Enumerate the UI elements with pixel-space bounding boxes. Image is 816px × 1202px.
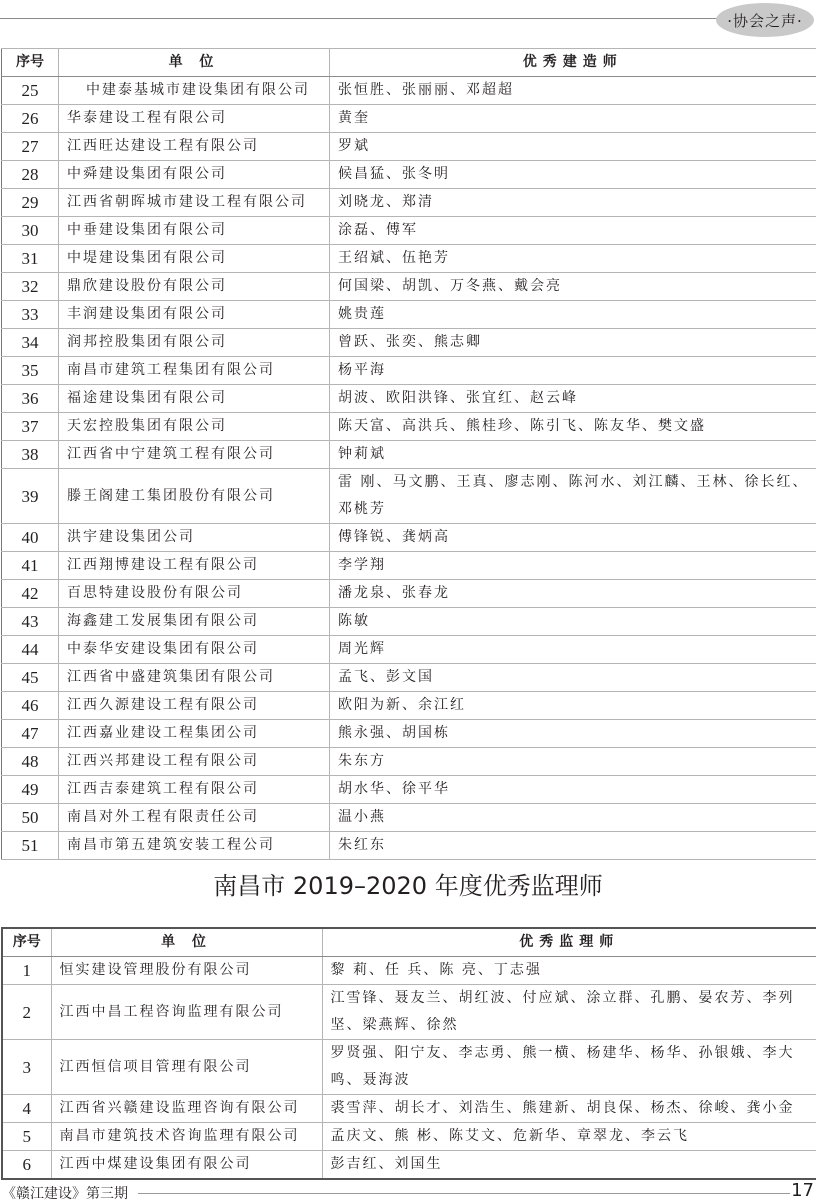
table-row: 41江西翔博建设工程有限公司李学翔 <box>2 552 816 580</box>
row-names: 涂磊、傅军 <box>330 217 816 245</box>
row-unit: 福途建设集团有限公司 <box>59 385 330 413</box>
row-unit: 江西翔博建设工程有限公司 <box>59 552 330 580</box>
row-no: 33 <box>2 301 59 329</box>
footer-rule <box>138 1193 790 1194</box>
table-row: 31中堤建设集团有限公司王绍斌、伍艳芳 <box>2 245 816 273</box>
row-no: 43 <box>2 608 59 636</box>
table-row: 4江西省兴赣建设监理咨询有限公司裘雪萍、胡长才、刘浩生、熊建新、胡良保、杨杰、徐… <box>2 1095 816 1123</box>
row-unit: 中堤建设集团有限公司 <box>59 245 330 273</box>
row-unit: 江西吉泰建筑工程有限公司 <box>59 776 330 804</box>
row-names: 刘晓龙、郑清 <box>330 189 816 217</box>
row-unit: 海鑫建工发展集团有限公司 <box>59 608 330 636</box>
row-no: 37 <box>2 413 59 441</box>
row-no: 44 <box>2 636 59 664</box>
column-header-names: 优秀建造师 <box>330 49 816 77</box>
row-names: 胡波、欧阳洪锋、张宜红、赵云峰 <box>330 385 816 413</box>
row-no: 31 <box>2 245 59 273</box>
row-names: 孟庆文、熊 彬、陈艾文、危新华、章翠龙、李云飞 <box>322 1123 816 1151</box>
row-unit: 江西省兴赣建设监理咨询有限公司 <box>51 1095 322 1123</box>
row-no: 35 <box>2 357 59 385</box>
row-unit: 江西恒信项目管理有限公司 <box>51 1040 322 1095</box>
row-no: 2 <box>2 985 51 1040</box>
row-unit: 丰润建设集团有限公司 <box>59 301 330 329</box>
row-unit: 中垂建设集团有限公司 <box>59 217 330 245</box>
row-unit: 中舜建设集团有限公司 <box>59 161 330 189</box>
table-header-row: 序号 单 位 优秀建造师 <box>2 49 816 77</box>
row-unit: 洪宇建设集团公司 <box>59 524 330 552</box>
table-row: 42百思特建设股份有限公司潘龙泉、张春龙 <box>2 580 816 608</box>
table-row: 35南昌市建筑工程集团有限公司杨平海 <box>2 357 816 385</box>
row-unit: 百思特建设股份有限公司 <box>59 580 330 608</box>
row-names: 黄奎 <box>330 105 816 133</box>
table-row: 43海鑫建工发展集团有限公司陈敏 <box>2 608 816 636</box>
table-row: 27江西旺达建设工程有限公司罗斌 <box>2 133 816 161</box>
row-no: 4 <box>2 1095 51 1123</box>
row-unit: 江西中昌工程咨询监理有限公司 <box>51 985 322 1040</box>
row-no: 50 <box>2 804 59 832</box>
row-unit: 江西省中宁建筑工程有限公司 <box>59 441 330 469</box>
table-row: 28中舜建设集团有限公司候昌猛、张冬明 <box>2 161 816 189</box>
table-row: 2江西中昌工程咨询监理有限公司江雪锋、聂友兰、胡红波、付应斌、涂立群、孔鹏、晏农… <box>2 985 816 1040</box>
row-no: 3 <box>2 1040 51 1095</box>
row-names: 候昌猛、张冬明 <box>330 161 816 189</box>
row-names: 胡水华、徐平华 <box>330 776 816 804</box>
excellent-builders-table: 序号 单 位 优秀建造师 25中建泰基城市建设集团有限公司张恒胜、张丽丽、邓超超… <box>1 48 816 860</box>
column-header-no: 序号 <box>2 49 59 77</box>
table-row: 45江西省中盛建筑集团有限公司孟飞、彭文国 <box>2 664 816 692</box>
row-no: 6 <box>2 1151 51 1180</box>
column-header-no: 序号 <box>2 928 51 957</box>
row-no: 27 <box>2 133 59 161</box>
row-names: 潘龙泉、张春龙 <box>330 580 816 608</box>
row-no: 45 <box>2 664 59 692</box>
row-names: 钟莉斌 <box>330 441 816 469</box>
row-unit: 江西中煤建设集团有限公司 <box>51 1151 322 1180</box>
row-no: 39 <box>2 469 59 524</box>
row-unit: 中建泰基城市建设集团有限公司 <box>59 77 330 105</box>
column-header-unit: 单 位 <box>51 928 322 957</box>
row-names: 欧阳为新、余江红 <box>330 692 816 720</box>
table-row: 25中建泰基城市建设集团有限公司张恒胜、张丽丽、邓超超 <box>2 77 816 105</box>
row-names: 江雪锋、聂友兰、胡红波、付应斌、涂立群、孔鹏、晏农芳、李列坚、梁燕辉、徐然 <box>322 985 816 1040</box>
excellent-supervisors-table: 序号 单 位 优秀监理师 1恒实建设管理股份有限公司黎 莉、任 兵、陈 亮、丁志… <box>1 927 816 1180</box>
row-no: 26 <box>2 105 59 133</box>
row-names: 裘雪萍、胡长才、刘浩生、熊建新、胡良保、杨杰、徐峻、龚小金 <box>322 1095 816 1123</box>
row-unit: 中泰华安建设集团有限公司 <box>59 636 330 664</box>
row-no: 5 <box>2 1123 51 1151</box>
row-unit: 江西旺达建设工程有限公司 <box>59 133 330 161</box>
page-number: 17 <box>791 1180 814 1201</box>
row-names: 温小燕 <box>330 804 816 832</box>
row-names: 何国梁、胡凯、万冬燕、戴会亮 <box>330 273 816 301</box>
row-unit: 南昌市建筑工程集团有限公司 <box>59 357 330 385</box>
row-no: 40 <box>2 524 59 552</box>
row-unit: 滕王阁建工集团股份有限公司 <box>59 469 330 524</box>
row-unit: 江西兴邦建设工程有限公司 <box>59 748 330 776</box>
row-names: 曾跃、张奕、熊志卿 <box>330 329 816 357</box>
table-row: 30中垂建设集团有限公司涂磊、傅军 <box>2 217 816 245</box>
table-row: 33丰润建设集团有限公司姚贵莲 <box>2 301 816 329</box>
table-row: 51南昌市第五建筑安装工程公司朱红东 <box>2 832 816 860</box>
row-names: 姚贵莲 <box>330 301 816 329</box>
table-row: 5南昌市建筑技术咨询监理有限公司孟庆文、熊 彬、陈艾文、危新华、章翠龙、李云飞 <box>2 1123 816 1151</box>
row-no: 46 <box>2 692 59 720</box>
table-row: 44中泰华安建设集团有限公司周光辉 <box>2 636 816 664</box>
row-no: 36 <box>2 385 59 413</box>
row-no: 29 <box>2 189 59 217</box>
row-no: 49 <box>2 776 59 804</box>
header-rule <box>0 18 720 19</box>
table-row: 26华泰建设工程有限公司黄奎 <box>2 105 816 133</box>
table-row: 48江西兴邦建设工程有限公司朱东方 <box>2 748 816 776</box>
section-badge: ·协会之声· <box>716 3 814 37</box>
row-names: 黎 莉、任 兵、陈 亮、丁志强 <box>322 957 816 985</box>
row-unit: 天宏控股集团有限公司 <box>59 413 330 441</box>
row-unit: 华泰建设工程有限公司 <box>59 105 330 133</box>
table-row: 40洪宇建设集团公司傅锋锐、龚炳高 <box>2 524 816 552</box>
row-no: 51 <box>2 832 59 860</box>
row-names: 李学翔 <box>330 552 816 580</box>
row-names: 陈敏 <box>330 608 816 636</box>
row-unit: 南昌对外工程有限责任公司 <box>59 804 330 832</box>
row-no: 32 <box>2 273 59 301</box>
table-row: 47江西嘉业建设工程集团公司熊永强、胡国栋 <box>2 720 816 748</box>
table-row: 1恒实建设管理股份有限公司黎 莉、任 兵、陈 亮、丁志强 <box>2 957 816 985</box>
row-names: 傅锋锐、龚炳高 <box>330 524 816 552</box>
row-no: 34 <box>2 329 59 357</box>
row-unit: 恒实建设管理股份有限公司 <box>51 957 322 985</box>
table-row: 50南昌对外工程有限责任公司温小燕 <box>2 804 816 832</box>
table-row: 39滕王阁建工集团股份有限公司雷 刚、马文鹏、王真、廖志刚、陈河水、刘江麟、王林… <box>2 469 816 524</box>
row-no: 41 <box>2 552 59 580</box>
row-unit: 江西久源建设工程有限公司 <box>59 692 330 720</box>
row-names: 周光辉 <box>330 636 816 664</box>
table-row: 38江西省中宁建筑工程有限公司钟莉斌 <box>2 441 816 469</box>
row-no: 42 <box>2 580 59 608</box>
row-unit: 南昌市第五建筑安装工程公司 <box>59 832 330 860</box>
table-row: 49江西吉泰建筑工程有限公司胡水华、徐平华 <box>2 776 816 804</box>
row-names: 杨平海 <box>330 357 816 385</box>
row-no: 30 <box>2 217 59 245</box>
row-no: 1 <box>2 957 51 985</box>
row-names: 陈天富、高洪兵、熊桂珍、陈引飞、陈友华、樊文盛 <box>330 413 816 441</box>
row-names: 孟飞、彭文国 <box>330 664 816 692</box>
table-row: 36福途建设集团有限公司胡波、欧阳洪锋、张宜红、赵云峰 <box>2 385 816 413</box>
column-header-unit: 单 位 <box>59 49 330 77</box>
table-row: 3江西恒信项目管理有限公司罗贤强、阳宁友、李志勇、熊一横、杨建华、杨华、孙银娥、… <box>2 1040 816 1095</box>
table-header-row: 序号 单 位 优秀监理师 <box>2 928 816 957</box>
row-names: 彭吉红、刘国生 <box>322 1151 816 1180</box>
row-names: 张恒胜、张丽丽、邓超超 <box>330 77 816 105</box>
row-names: 罗斌 <box>330 133 816 161</box>
row-unit: 江西省朝晖城市建设工程有限公司 <box>59 189 330 217</box>
row-names: 罗贤强、阳宁友、李志勇、熊一横、杨建华、杨华、孙银娥、李大鸣、聂海波 <box>322 1040 816 1095</box>
row-no: 28 <box>2 161 59 189</box>
table-row: 32鼎欣建设股份有限公司何国梁、胡凯、万冬燕、戴会亮 <box>2 273 816 301</box>
table-row: 34润邦控股集团有限公司曾跃、张奕、熊志卿 <box>2 329 816 357</box>
table-row: 6江西中煤建设集团有限公司彭吉红、刘国生 <box>2 1151 816 1180</box>
table-row: 37天宏控股集团有限公司陈天富、高洪兵、熊桂珍、陈引飞、陈友华、樊文盛 <box>2 413 816 441</box>
section-title: 南昌市 2019–2020 年度优秀监理师 <box>0 866 816 901</box>
row-names: 朱红东 <box>330 832 816 860</box>
row-no: 48 <box>2 748 59 776</box>
row-names: 王绍斌、伍艳芳 <box>330 245 816 273</box>
row-no: 25 <box>2 77 59 105</box>
row-no: 47 <box>2 720 59 748</box>
row-no: 38 <box>2 441 59 469</box>
row-names: 朱东方 <box>330 748 816 776</box>
table-row: 46江西久源建设工程有限公司欧阳为新、余江红 <box>2 692 816 720</box>
table-row: 29江西省朝晖城市建设工程有限公司刘晓龙、郑清 <box>2 189 816 217</box>
publication-name: 《赣江建设》第三期 <box>2 1183 128 1202</box>
row-names: 熊永强、胡国栋 <box>330 720 816 748</box>
row-unit: 南昌市建筑技术咨询监理有限公司 <box>51 1123 322 1151</box>
row-unit: 江西嘉业建设工程集团公司 <box>59 720 330 748</box>
row-unit: 江西省中盛建筑集团有限公司 <box>59 664 330 692</box>
row-unit: 鼎欣建设股份有限公司 <box>59 273 330 301</box>
row-names: 雷 刚、马文鹏、王真、廖志刚、陈河水、刘江麟、王林、徐长红、邓桃芳 <box>330 469 816 524</box>
row-unit: 润邦控股集团有限公司 <box>59 329 330 357</box>
column-header-names: 优秀监理师 <box>322 928 816 957</box>
